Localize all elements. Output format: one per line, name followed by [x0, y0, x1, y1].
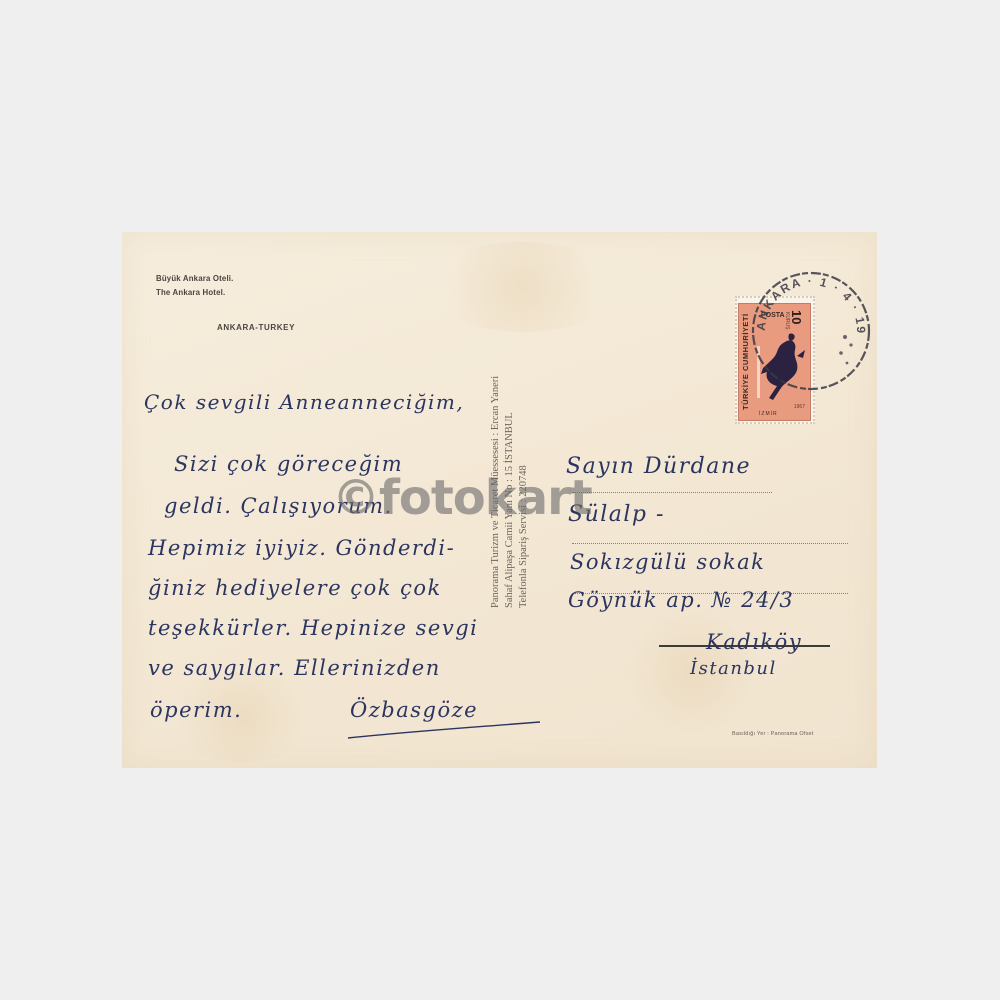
- message-line: öperim.: [150, 698, 242, 722]
- address-line-2: [572, 543, 848, 544]
- postmark-text: ANKARA · 1 · 4 · 19 · 11: [747, 267, 868, 335]
- address-line: Sayın Dürdane: [566, 454, 751, 479]
- stamp-city: İZMİR: [759, 411, 778, 417]
- message-line: ve saygılar. Ellerinizden: [148, 656, 441, 680]
- location-caption: ANKARA-TURKEY: [217, 323, 295, 332]
- viewer-stage: Büyük Ankara Oteli. The Ankara Hotel. AN…: [0, 0, 1000, 1000]
- hotel-name-turkish: Büyük Ankara Oteli.: [156, 273, 234, 283]
- stamp-year: 1967: [794, 404, 805, 410]
- address-line: Göynük ap. № 24/3: [568, 588, 794, 612]
- paper-stain: [422, 242, 622, 332]
- postmark-cancellation: ANKARA · 1 · 4 · 19 · 11: [747, 267, 875, 395]
- watermark: ©fotokart: [332, 470, 592, 526]
- address-line: Sokızgülü sokak: [570, 550, 765, 574]
- message-greeting: Çok sevgili Anneanneciğim,: [144, 390, 464, 414]
- address-line: İstanbul: [690, 658, 777, 679]
- address-line-1: [572, 492, 772, 493]
- hotel-name-english: The Ankara Hotel.: [156, 287, 225, 297]
- message-line: ğiniz hediyelere çok çok: [148, 576, 442, 600]
- svg-text:ANKARA · 1 · 4 · 19 · 11: ANKARA · 1 · 4 · 19 · 11: [747, 267, 868, 335]
- message-line: Hepimiz iyiyiz. Gönderdi-: [148, 536, 455, 560]
- address-line: Kadıköy: [706, 630, 802, 654]
- printer-credit: Basıldığı Yer : Panorama Ofset: [732, 731, 814, 737]
- signature-flourish: [344, 714, 544, 744]
- message-line: teşekkürler. Hepinize sevgi: [148, 616, 478, 640]
